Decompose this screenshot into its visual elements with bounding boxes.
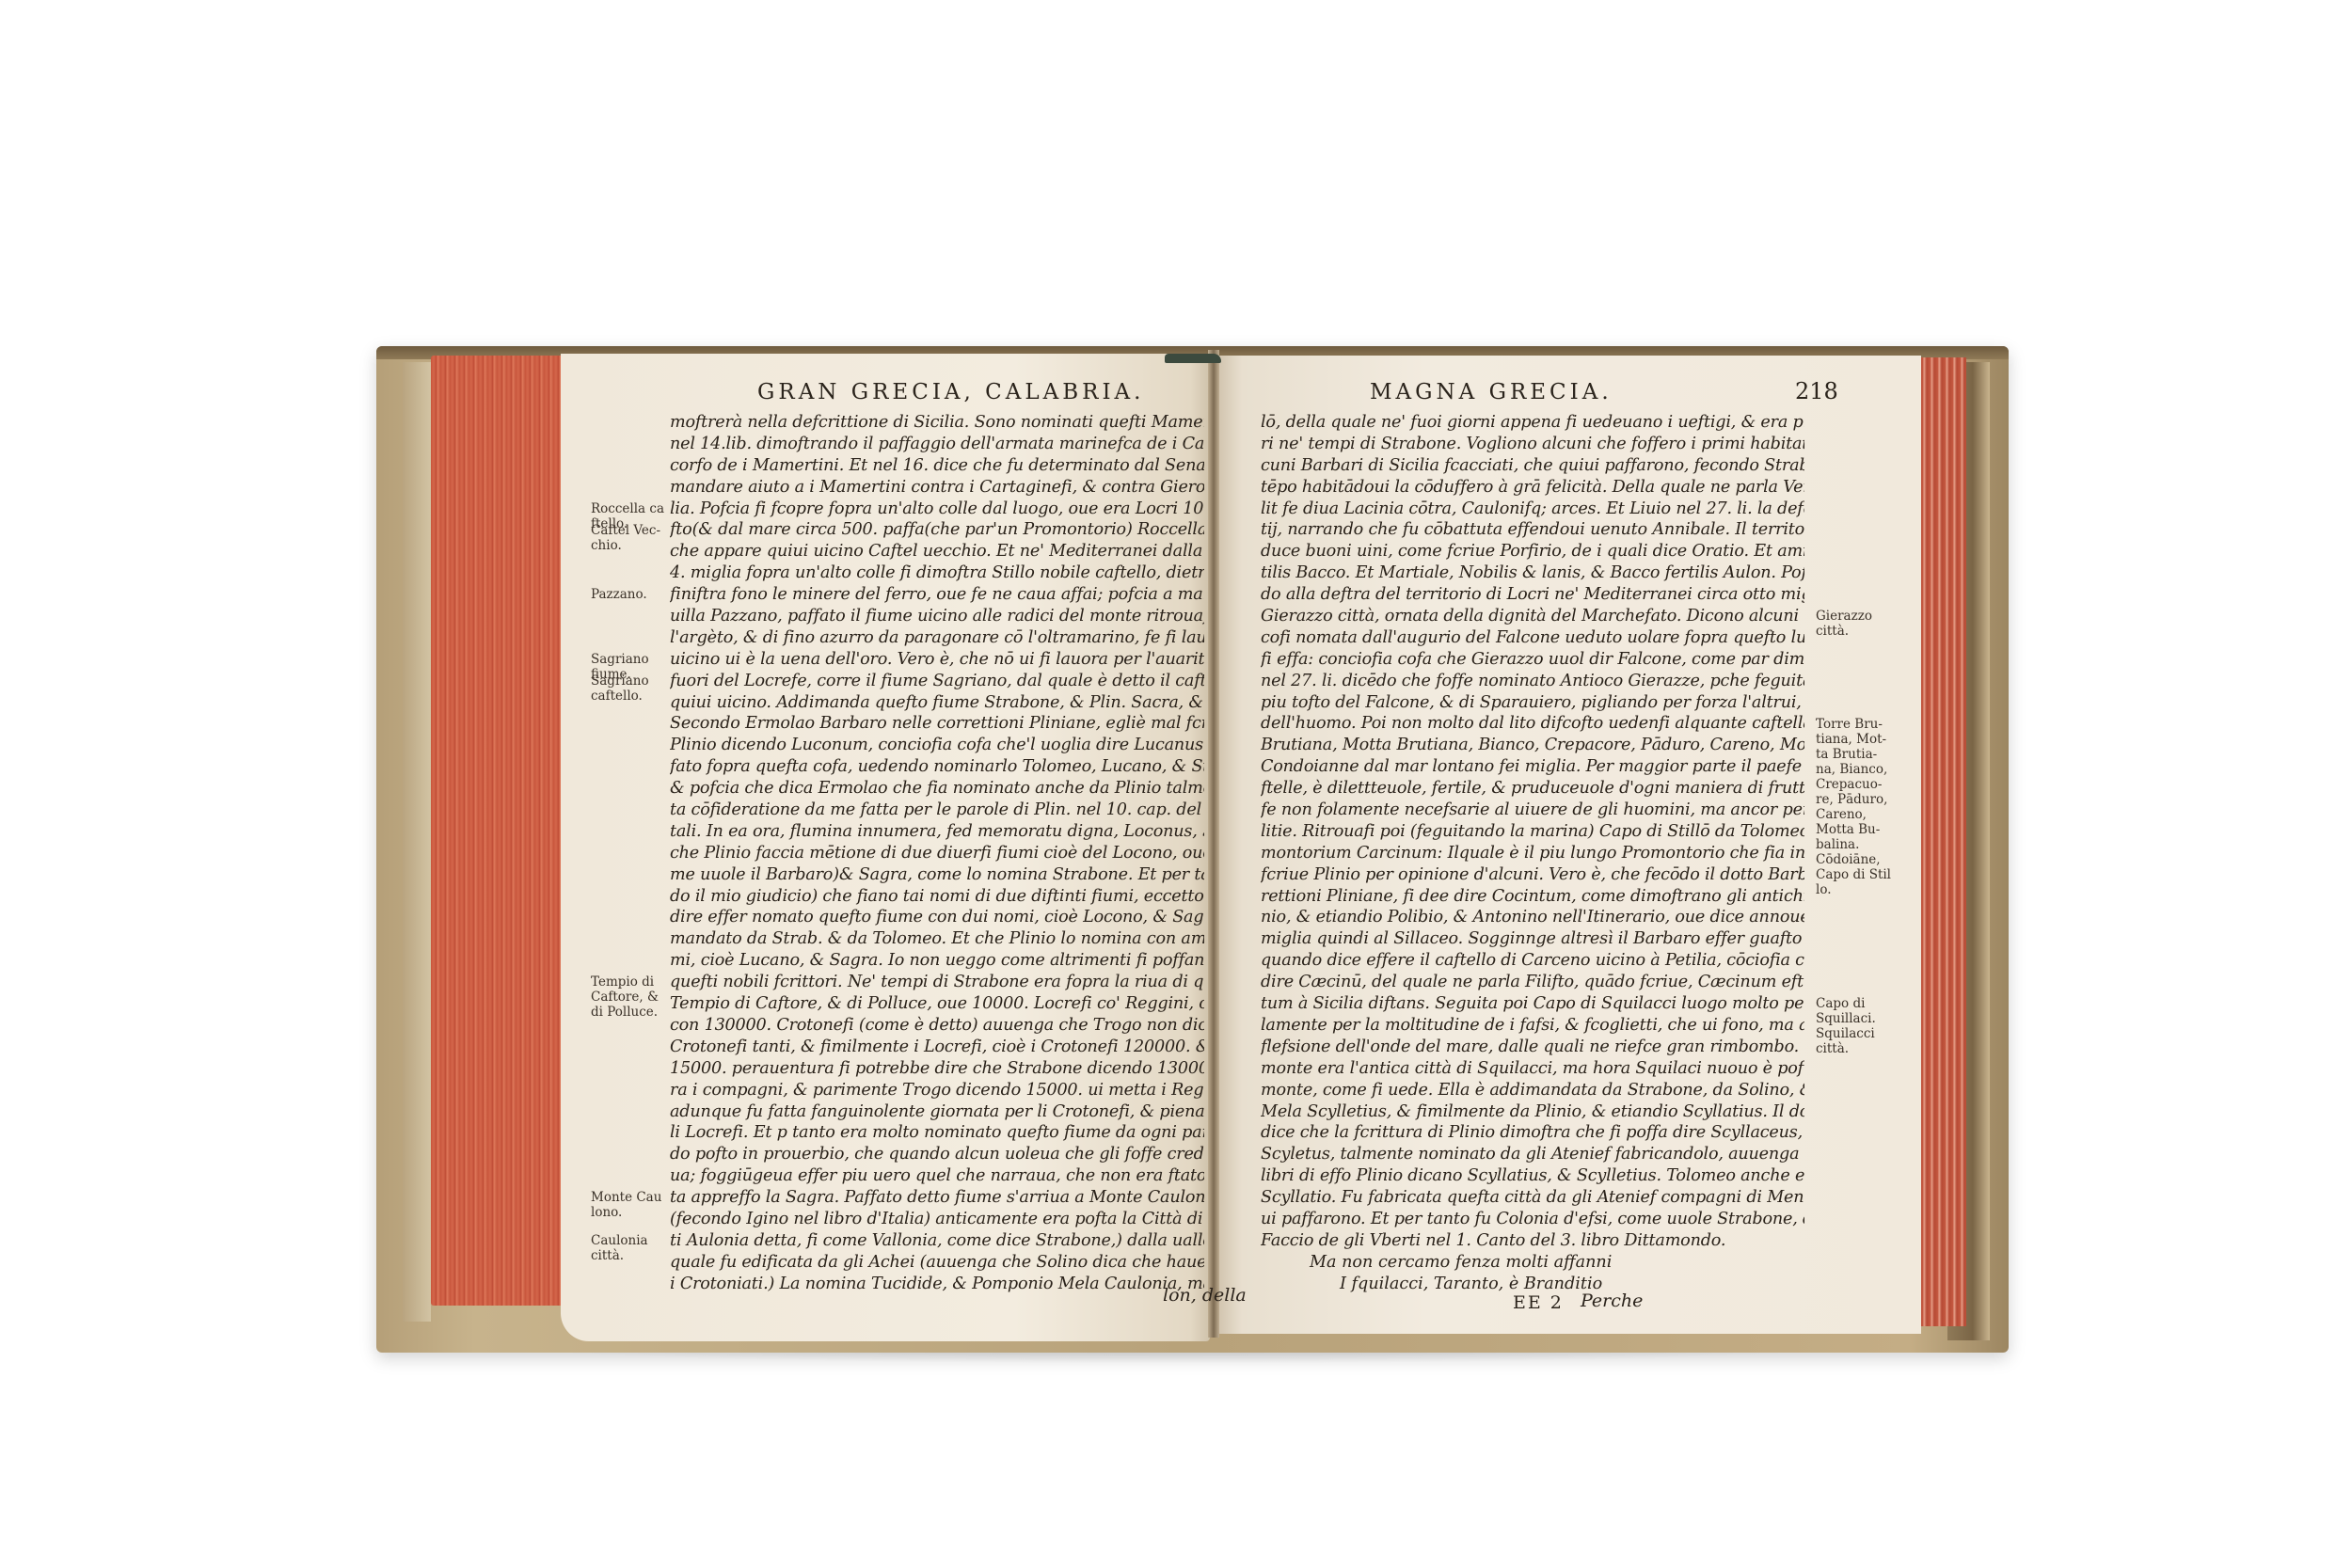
text-line: l'argèto, & di fino azurro da paragonare…	[670, 627, 1204, 649]
text-line: adunque fu fatta fanguinolente giornata …	[670, 1101, 1204, 1123]
text-line: mandato da Strab. & da Tolomeo. Et che P…	[670, 928, 1204, 950]
text-line: con 130000. Crotonefi (come è detto) auu…	[670, 1015, 1204, 1037]
text-line: ta cōfideratione da me fatta per le paro…	[670, 800, 1204, 821]
text-line: uilla Pazzano, paffato il fiume uicino a…	[670, 606, 1204, 627]
text-line: finiftra fono le minere del ferro, oue f…	[670, 584, 1204, 606]
signature-mark: EE 2	[1513, 1292, 1564, 1313]
margin-note: Gierazzo città.	[1816, 609, 1893, 639]
text-line: moftrerà nella defcrittione di Sicilia. …	[670, 412, 1204, 434]
text-line: 15000. perauentura fi potrebbe dire che …	[670, 1058, 1204, 1080]
right-page-text: lō, della quale ne' fuoi giorni appena f…	[1261, 412, 1804, 1252]
right-running-head: MAGNA GRECIA.	[1370, 380, 1613, 404]
text-line: fcriue Plinio per opinione d'alcuni. Ver…	[1261, 864, 1804, 886]
text-line: nel 14.lib. dimoftrando il paffaggio del…	[670, 434, 1204, 455]
text-line: quale fu edificata da gli Achei (auuenga…	[670, 1252, 1204, 1274]
text-line: Scyletus, talmente nominato da gli Ateni…	[1261, 1144, 1804, 1165]
page-number: 218	[1795, 378, 1838, 404]
margin-note: Torre Bru-tiana, Mot-ta Brutia-na, Bianc…	[1816, 717, 1893, 897]
text-line: Faccio de gli Vberti nel 1. Canto del 3.…	[1261, 1230, 1804, 1252]
headband	[1165, 354, 1221, 363]
text-line: Tempio di Caftore, & di Polluce, oue 100…	[670, 993, 1204, 1015]
text-line: Condoianne dal mar lontano fei miglia. P…	[1261, 756, 1804, 778]
text-line: fe non folamente necefsarie al uiuere de…	[1261, 800, 1804, 821]
text-line: fuori del Locrefe, corre il fiume Sagria…	[670, 671, 1204, 692]
text-line: tum à Sicilia diftans. Seguita poi Capo …	[1261, 993, 1804, 1015]
text-line: (fecondo Igino nel libro d'Italia) antic…	[670, 1209, 1204, 1230]
text-line: dire Cæcinū, del quale ne parla Filifto,…	[1261, 972, 1804, 993]
text-line: ti Aulonia detta, fi come Vallonia, come…	[670, 1230, 1204, 1252]
text-line: Brutiana, Motta Brutiana, Bianco, Crepac…	[1261, 735, 1804, 756]
margin-note: Capo di Squillaci. Squilacci città.	[1816, 996, 1893, 1056]
text-line: che Plinio faccia mētione di due diuerfi…	[670, 843, 1204, 864]
text-line: mandare aiuto a i Mamertini contra i Car…	[670, 477, 1204, 499]
text-line: rettioni Pliniane, fi dee dire Cocintum,…	[1261, 886, 1804, 908]
text-line: Secondo Ermolao Barbaro nelle correttion…	[670, 713, 1204, 735]
left-board	[403, 362, 431, 1322]
text-line: monte, come fi uede. Ella è addimandata …	[1261, 1080, 1804, 1101]
text-line: flefsione dell'onde del mare, dalle qual…	[1261, 1037, 1804, 1058]
margin-note: Pazzano.	[591, 587, 668, 602]
text-line: dire effer nomato quefto fiume con dui n…	[670, 907, 1204, 928]
text-line: dice che la fcrittura di Plinio dimoftra…	[1261, 1122, 1804, 1144]
text-line: quefti nobili fcrittori. Ne' tempi di St…	[670, 972, 1204, 993]
text-line: fato fopra quefta cofa, uedendo nominarl…	[670, 756, 1204, 778]
text-line: tilis Bacco. Et Martiale, Nobilis & lani…	[1261, 562, 1804, 584]
text-line: ua; foggiūgeua effer piu uero quel che n…	[670, 1165, 1204, 1187]
text-line: monte era l'antica città di Squilacci, m…	[1261, 1058, 1804, 1080]
margin-note: Tempio di Caftore, & di Polluce.	[591, 974, 668, 1020]
text-line: piu tofto del Falcone, & di Sparauiero, …	[1261, 692, 1804, 714]
text-line: lit fe diua Lacinia cōtra, Caulonifq; ar…	[1261, 499, 1804, 520]
text-line: libri di effo Plinio dicano Scyllatius, …	[1261, 1165, 1804, 1187]
text-line: montorium Carcinum: Ilquale è il piu lun…	[1261, 843, 1804, 864]
margin-note: Monte Cau lono.	[591, 1190, 668, 1220]
left-page-edges	[431, 356, 561, 1306]
margin-note: Caulonia città.	[591, 1233, 668, 1263]
text-line: mi, cioè Lucano, & Sagra. Io non ueggo c…	[670, 950, 1204, 972]
text-line: ri ne' tempi di Strabone. Vogliono alcun…	[1261, 434, 1804, 455]
text-line: Gierazzo città, ornata della dignità del…	[1261, 606, 1804, 627]
text-line: ui paffarono. Et per tanto fu Colonia d'…	[1261, 1209, 1804, 1230]
verse-line: Ma non cercamo fenza molti affanni	[1310, 1252, 1612, 1274]
text-line: dell'huomo. Poi non molto dal lito difco…	[1261, 713, 1804, 735]
text-line: lamente per la moltitudine de i fafsi, &…	[1261, 1015, 1804, 1037]
right-page-edges	[1919, 357, 1966, 1326]
text-line: do il mio giudicio) che fiano tai nomi d…	[670, 886, 1204, 908]
text-line: ta appreffo la Sagra. Paffato detto fium…	[670, 1187, 1204, 1209]
text-line: fto(& dal mare circa 500. paffa(che par'…	[670, 519, 1204, 541]
text-line: quiui uicino. Addimanda quefto fiume Str…	[670, 692, 1204, 714]
verse-quote: Ma non cercamo fenza molti affanniI fqui…	[1310, 1252, 1612, 1295]
text-line: li Locrefi. Et p tanto era molto nominat…	[670, 1122, 1204, 1144]
verse-line: I fquilacci, Taranto, è Branditio	[1310, 1274, 1612, 1295]
margin-note: Sagriano caftello.	[591, 673, 668, 704]
text-line: litie. Ritrouafi poi (feguitando la mari…	[1261, 821, 1804, 843]
text-line: duce buoni uini, come fcriue Porfirio, d…	[1261, 541, 1804, 562]
text-line: 4. miglia fopra un'alto colle fi dimoftr…	[670, 562, 1204, 584]
text-line: che appare quiui uicino Caftel uecchio. …	[670, 541, 1204, 562]
text-line: Crotonefi tanti, & fimilmente i Locrefi,…	[670, 1037, 1204, 1058]
left-running-head: GRAN GRECIA, CALABRIA.	[757, 380, 1144, 404]
text-line: lō, della quale ne' fuoi giorni appena f…	[1261, 412, 1804, 434]
gutter	[1208, 350, 1219, 1338]
text-line: ra i compagni, & parimente Trogo dicendo…	[670, 1080, 1204, 1101]
text-line: cofi nomata dall'augurio del Falcone ued…	[1261, 627, 1804, 649]
text-line: ftelle, è dilettteuole, fertile, & prudu…	[1261, 778, 1804, 800]
text-line: corfo de i Mamertini. Et nel 16. dice ch…	[670, 455, 1204, 477]
text-line: tij, narrando che fu cōbattuta effendoui…	[1261, 519, 1804, 541]
text-line: do pofto in prouerbio, che quando alcun …	[670, 1144, 1204, 1165]
text-line: cuni Barbari di Sicilia fcacciati, che q…	[1261, 455, 1804, 477]
left-page-text: moftrerà nella defcrittione di Sicilia. …	[670, 412, 1204, 1295]
left-catchword: lon, della	[1163, 1285, 1247, 1306]
text-line: tali. In ea ora, flumina innumera, fed m…	[670, 821, 1204, 843]
text-line: quando dice effere il caftello di Carcen…	[1261, 950, 1804, 972]
text-line: i Crotoniati.) La nomina Tucidide, & Pom…	[670, 1274, 1204, 1295]
text-line: & pofcia che dica Ermolao che fia nomina…	[670, 778, 1204, 800]
margin-note: Caftel Vec-chio.	[591, 523, 668, 553]
text-line: fi effa: conciofia cofa che Gierazzo uuo…	[1261, 649, 1804, 671]
text-line: Plinio dicendo Luconum, conciofia cofa c…	[670, 735, 1204, 756]
text-line: nio, & etiandio Polibio, & Antonino nell…	[1261, 907, 1804, 928]
text-line: uicino ui è la uena dell'oro. Vero è, ch…	[670, 649, 1204, 671]
text-line: do alla deftra del territorio di Locri n…	[1261, 584, 1804, 606]
text-line: Mela Scylletius, & fimilmente da Plinio,…	[1261, 1101, 1804, 1123]
text-line: tēpo habitādoui la cōduffero à grā felic…	[1261, 477, 1804, 499]
text-line: me uuole il Barbaro)& Sagra, come lo nom…	[670, 864, 1204, 886]
text-line: miglia quindi al Sillaceo. Sogginnge alt…	[1261, 928, 1804, 950]
right-catchword: Perche	[1581, 1291, 1643, 1311]
text-line: lia. Pofcia fi fcopre fopra un'alto coll…	[670, 499, 1204, 520]
text-line: Scyllatio. Fu fabricata quefta città da …	[1261, 1187, 1804, 1209]
text-line: nel 27. li. dicēdo che foffe nominato An…	[1261, 671, 1804, 692]
